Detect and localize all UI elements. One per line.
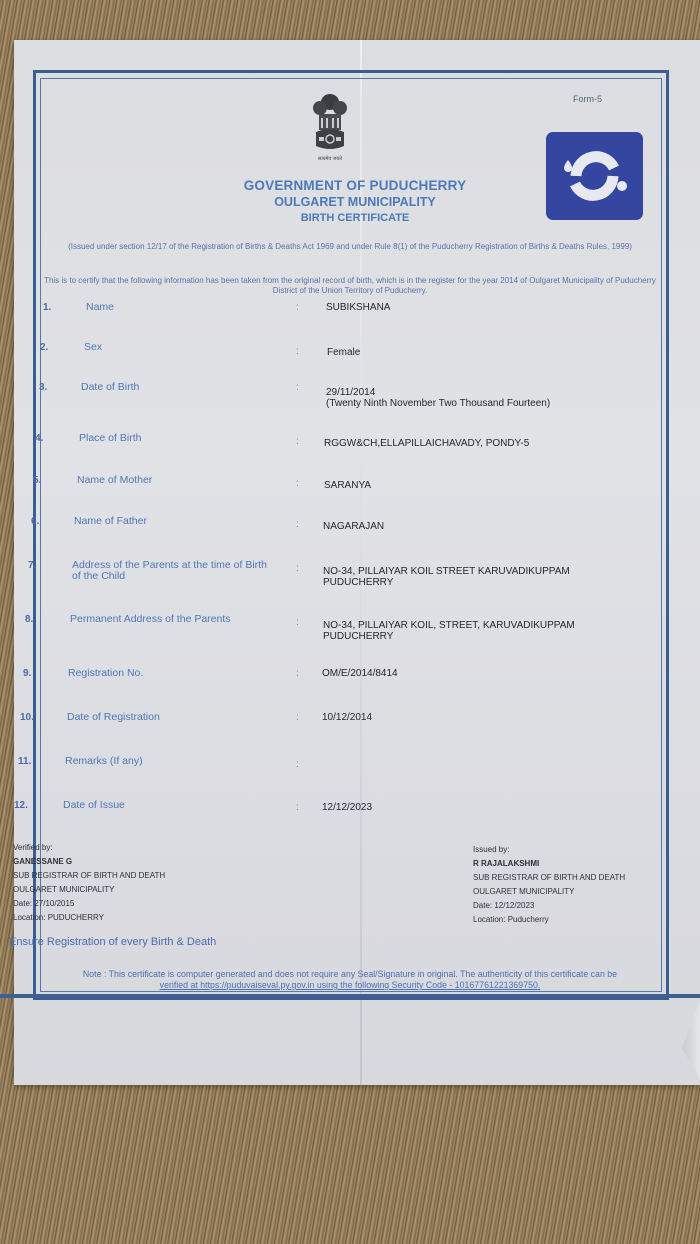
field-number: 7. — [28, 560, 36, 571]
address-at-birth-line2: PUDUCHERRY — [323, 577, 393, 588]
national-emblem-icon: सत्यमेव जयते — [308, 90, 352, 170]
field-label: Name — [86, 302, 286, 313]
security-code: using the following Security Code - 1016… — [314, 980, 540, 990]
field-colon: : — [296, 617, 299, 628]
date-of-birth-numeric: 29/11/2014 — [326, 387, 375, 398]
verification-url-link[interactable]: https://puduvaiseval.py.gov.in — [200, 980, 314, 990]
field-value: Female — [327, 347, 657, 358]
field-value: SUBIKSHANA — [326, 302, 656, 313]
verifier-office: OULGARET MUNICIPALITY — [13, 883, 165, 897]
field-colon: : — [296, 519, 299, 530]
puduvai-seval-logo-icon — [546, 132, 643, 220]
permanent-address-line2: PUDUCHERRY — [323, 631, 393, 642]
certificate-title: BIRTH CERTIFICATE — [200, 212, 510, 224]
field-value: 12/12/2023 — [322, 802, 652, 813]
verification-date: Date: 27/10/2015 — [13, 897, 165, 911]
field-label: Place of Birth — [79, 433, 279, 444]
verified-by-block: Verified by: GANESSANE G SUB REGISTRAR O… — [13, 841, 165, 925]
field-number: 12. — [14, 800, 28, 811]
issuer-designation: SUB REGISTRAR OF BIRTH AND DEATH — [473, 871, 625, 885]
note-verify-text: verified at — [160, 980, 201, 990]
note-line1: Note : This certificate is computer gene… — [8, 969, 692, 980]
issued-by-block: Issued by: R RAJALAKSHMI SUB REGISTRAR O… — [473, 843, 625, 927]
certify-statement: This is to certify that the following in… — [36, 276, 664, 296]
field-value: 29/11/2014 (Twenty Ninth November Two Th… — [326, 387, 656, 409]
field-colon: : — [296, 802, 299, 813]
field-value: RGGW&CH,ELLAPILLAICHAVADY, PONDY-5 — [324, 438, 654, 449]
certificate-bottom-border — [0, 994, 700, 998]
field-label: Permanent Address of the Parents — [70, 614, 270, 625]
field-number: 5. — [33, 475, 41, 486]
certificate-header: GOVERNMENT OF PUDUCHERRY OULGARET MUNICI… — [200, 178, 510, 224]
field-number: 3. — [39, 382, 47, 393]
field-value: OM/E/2014/8414 — [322, 668, 652, 679]
field-colon: : — [296, 759, 299, 770]
field-value: NAGARAJAN — [323, 521, 653, 532]
government-title: GOVERNMENT OF PUDUCHERRY — [200, 178, 510, 193]
field-number: 2. — [40, 342, 48, 353]
field-colon: : — [296, 478, 299, 489]
date-of-birth-words: (Twenty Ninth November Two Thousand Four… — [326, 398, 550, 409]
verifier-designation: SUB REGISTRAR OF BIRTH AND DEATH — [13, 869, 165, 883]
field-colon: : — [296, 382, 299, 393]
field-label: Name of Father — [74, 516, 274, 527]
address-at-birth-line1: NO-34, PILLAIYAR KOIL STREET KARUVADIKUP… — [323, 566, 570, 577]
issue-date: Date: 12/12/2023 — [473, 899, 625, 913]
registration-slogan: Ensure Registration of every Birth & Dea… — [9, 936, 216, 948]
issue-location: Location: Puducherry — [473, 913, 625, 927]
field-number: 10. — [20, 712, 34, 723]
verification-location: Location: PUDUCHERRY — [13, 911, 165, 925]
field-value: NO-34, PILLAIYAR KOIL STREET KARUVADIKUP… — [323, 566, 653, 588]
field-label: Registration No. — [68, 668, 268, 679]
field-colon: : — [296, 563, 299, 574]
field-value: 10/12/2014 — [322, 712, 652, 723]
issued-by-heading: Issued by: — [473, 843, 625, 857]
field-number: 6. — [31, 516, 39, 527]
field-number: 4. — [35, 433, 43, 444]
field-colon: : — [296, 668, 299, 679]
permanent-address-line1: NO-34, PILLAIYAR KOIL, STREET, KARUVADIK… — [323, 620, 575, 631]
field-label: Name of Mother — [77, 475, 277, 486]
field-colon: : — [296, 346, 299, 357]
field-label: Date of Registration — [67, 712, 267, 723]
field-value: NO-34, PILLAIYAR KOIL, STREET, KARUVADIK… — [323, 620, 653, 642]
authenticity-note: Note : This certificate is computer gene… — [8, 969, 692, 991]
municipality-title: OULGARET MUNICIPALITY — [200, 195, 510, 209]
verified-by-heading: Verified by: — [13, 841, 165, 855]
field-colon: : — [296, 302, 299, 313]
field-label: Remarks (If any) — [65, 756, 265, 767]
field-label: Sex — [84, 342, 284, 353]
field-number: 1. — [43, 302, 51, 313]
note-line2: verified at https://puduvaiseval.py.gov.… — [8, 980, 692, 991]
issued-under-statement: (Issued under section 12/17 of the Regis… — [36, 242, 664, 252]
field-number: 9. — [23, 668, 31, 679]
emblem-caption: सत्यमेव जयते — [308, 156, 352, 162]
field-colon: : — [296, 436, 299, 447]
field-colon: : — [296, 712, 299, 723]
field-value: SARANYA — [324, 480, 654, 491]
issuer-name: R RAJALAKSHMI — [473, 857, 625, 871]
field-label: Address of the Parents at the time of Bi… — [72, 560, 267, 582]
issuer-office: OULGARET MUNICIPALITY — [473, 885, 625, 899]
field-number: 8. — [25, 614, 33, 625]
field-number: 11. — [18, 756, 31, 767]
verifier-name: GANESSANE G — [13, 855, 165, 869]
form-number: Form-5 — [573, 94, 602, 104]
field-label: Date of Issue — [63, 800, 263, 811]
field-label: Date of Birth — [81, 382, 281, 393]
